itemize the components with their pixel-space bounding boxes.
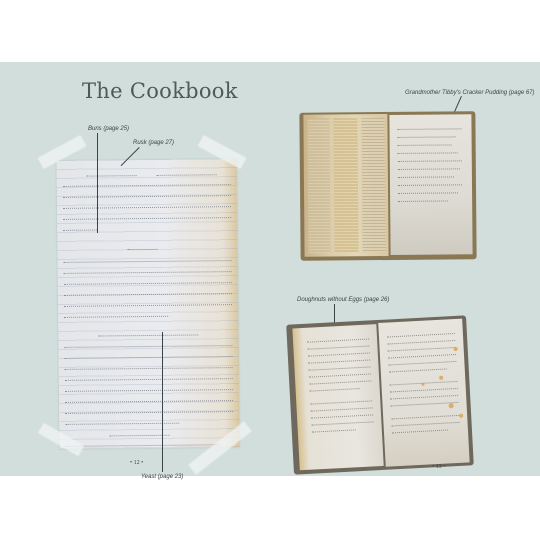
handwritten-page-left bbox=[292, 324, 383, 470]
callout-yeast: Yeast (page 23) bbox=[141, 474, 183, 480]
leader-line-buns bbox=[97, 133, 98, 233]
handwritten-page-right bbox=[378, 319, 469, 467]
book-spread: The Cookbook Buns (page 25) Rusk (p bbox=[0, 62, 540, 476]
callout-cracker-pudding: Grandmother Tibby's Cracker Pudding (pag… bbox=[405, 90, 535, 96]
cookbook-photo-top bbox=[299, 111, 476, 261]
callout-rusk: Rusk (page 27) bbox=[133, 140, 174, 146]
folio-right: • 13 • bbox=[432, 464, 445, 470]
folio-left: • 12 • bbox=[130, 460, 143, 466]
clippings-page bbox=[303, 114, 388, 257]
callout-buns: Buns (page 25) bbox=[88, 126, 129, 132]
page-title: The Cookbook bbox=[82, 79, 238, 103]
leader-line-yeast bbox=[162, 332, 163, 472]
cookbook-photo-bottom bbox=[286, 315, 474, 474]
callout-doughnuts: Doughnuts without Eggs (page 26) bbox=[297, 297, 389, 303]
letter-image bbox=[56, 159, 239, 449]
leader-line-doughnuts bbox=[334, 304, 335, 324]
handwritten-page-top bbox=[389, 114, 472, 255]
